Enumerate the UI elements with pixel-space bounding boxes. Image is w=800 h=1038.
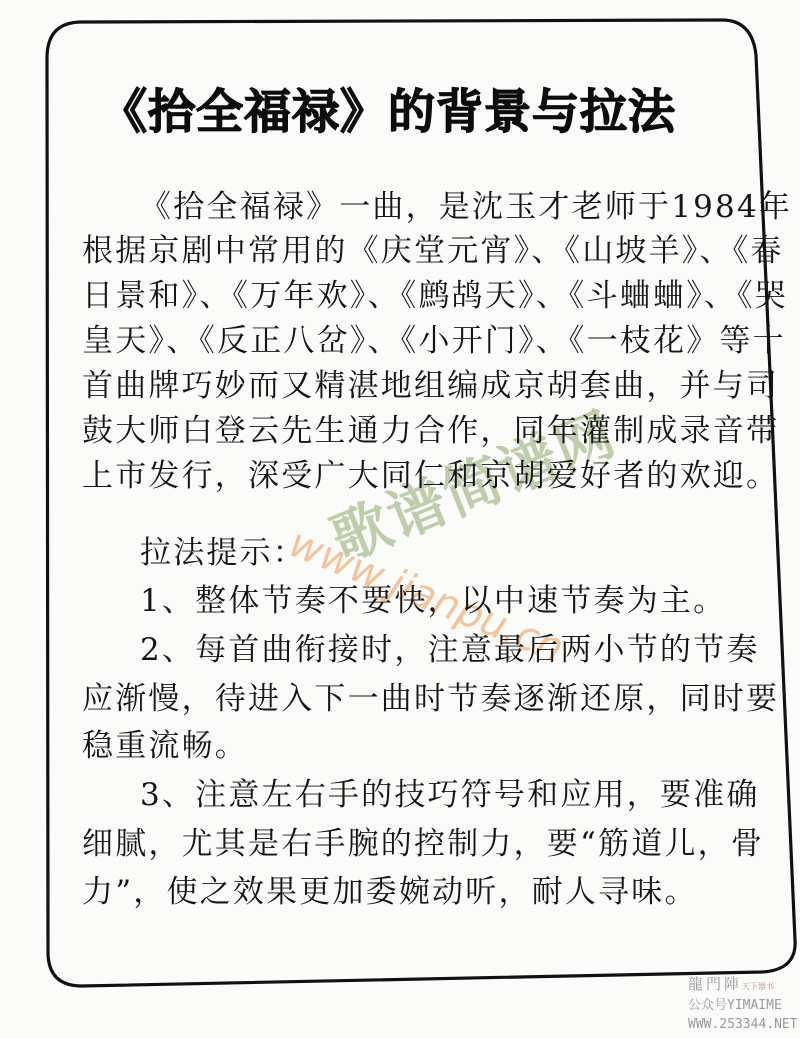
paragraph-line: 《拾全福禄》一曲，是沈玉才老师于1984年 xyxy=(140,185,800,229)
tip-item-2: 2、每首曲衔接时，注意最后两小节的节奏 xyxy=(140,628,800,672)
paragraph-line: 日景和》、《万年欢》、《鹧鸪天》、《斗蛐蛐》、《哭 xyxy=(82,274,742,318)
paragraph-line: 皇天》、《反正八岔》、《小开门》、《一枝花》等十 xyxy=(82,319,742,363)
tip-item-2-continued: 应渐慢，待进入下一曲时节奏逐渐还原，同时要 xyxy=(82,677,742,721)
paragraph-line: 鼓大师白登云先生通力合作，同年灌制成录音带 xyxy=(82,409,742,453)
tip-item-3-continued: 力”，使之效果更加委婉动听，耐人寻味。 xyxy=(82,870,742,914)
tip-item-3: 3、注意左右手的技巧符号和应用，要准确 xyxy=(140,773,800,817)
tip-item-1: 1、整体节奏不要快，以中速节奏为主。 xyxy=(140,579,800,623)
paragraph-line: 上市发行，深受广大同仁和京胡爱好者的欢迎。 xyxy=(82,454,742,498)
corner-logo: 龍門陣天下器书 xyxy=(688,975,800,996)
page-title: 《拾全福禄》的背景与拉法 xyxy=(100,82,720,144)
tip-item-2-continued: 稳重流畅。 xyxy=(82,724,742,768)
corner-watermark: 龍門陣天下器书 公众号YIMAIME WWW.253344.NET xyxy=(688,975,800,1034)
tips-heading: 拉法提示： xyxy=(140,531,800,575)
paragraph-line: 首曲牌巧妙而又精湛地组编成京胡套曲，并与司 xyxy=(82,364,742,408)
corner-logo-seal: 天下器书 xyxy=(742,982,774,991)
corner-site: WWW.253344.NET xyxy=(688,1015,800,1034)
corner-account: 公众号YIMAIME xyxy=(688,996,800,1015)
tip-item-3-continued: 细腻，尤其是右手腕的控制力，要“筋道儿，骨 xyxy=(82,822,742,866)
paragraph-line: 根据京剧中常用的《庆堂元宵》、《山坡羊》、《春 xyxy=(82,229,742,273)
